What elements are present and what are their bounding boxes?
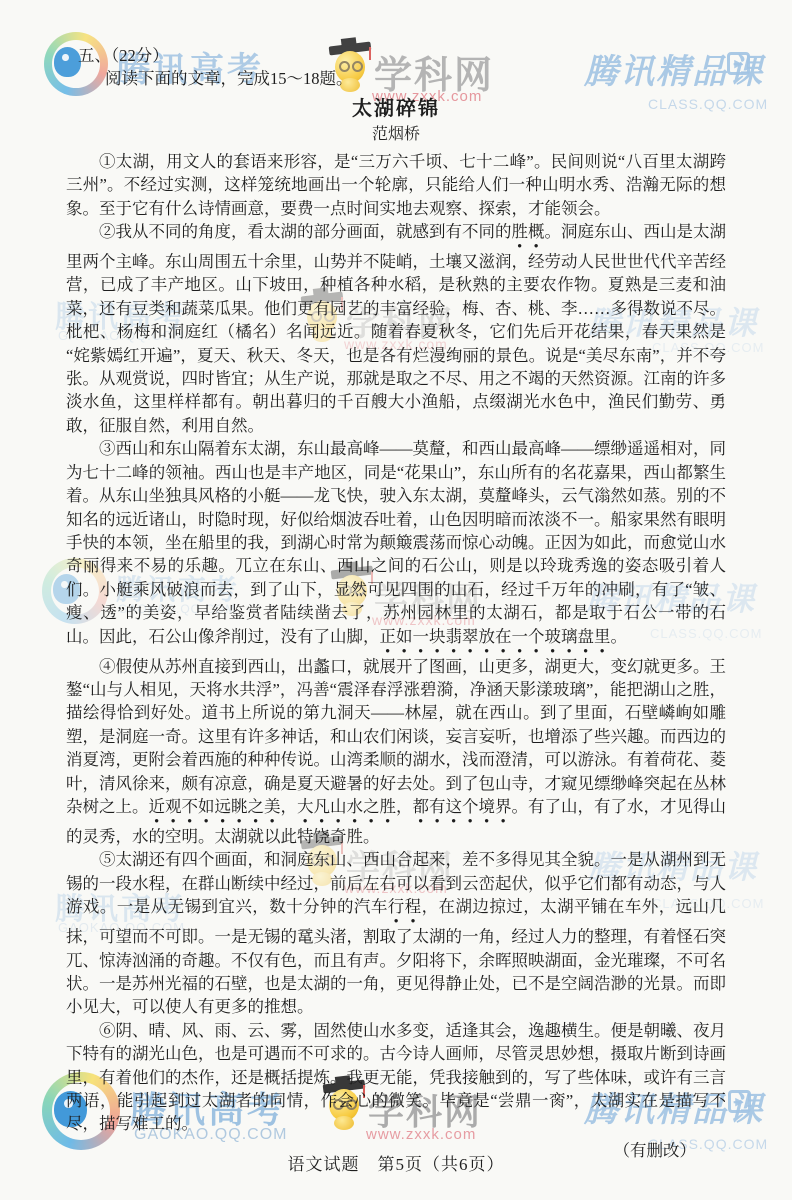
exam-page: 腾讯高考 学科网 www.zxxk.com 腾讯精品课 ▶ CLASS.QQ.C…	[0, 0, 792, 1200]
paragraph: ⑥阴、晴、风、雨、云、雾，固然使山水多变，适逢其会，逸趣横生。便是朝曦、夜月下特…	[66, 1019, 726, 1136]
emphasized-phrase: 近观不如远眺之美，大凡山水之胜，都有这个境界	[149, 797, 512, 816]
article-content: 五、（22分） 阅读下面的文章，完成15～18题。 太湖碎锦 范烟桥 ①太湖，用…	[0, 0, 792, 1164]
paragraph: ③西山和东山隔着东太湖，东山最高峰——莫釐，和西山最高峰——缥缈遥遥相对，同为七…	[66, 437, 726, 654]
section-header: 五、（22分）	[78, 44, 726, 67]
article-author: 范烟桥	[66, 123, 726, 147]
paragraph: ⑤太湖还有四个画面，和洞庭东山、西山合起来，差不多得见其全貌。一是从湖州到无锡的…	[66, 848, 726, 1018]
article-body: ①太湖，用文人的套语来形容，是“三万六千顷、七十二峰”。民间则说“八百里太湖跨三…	[66, 150, 726, 1136]
emphasized-phrase: 行程	[388, 897, 422, 916]
emphasized-phrase: 胜概	[512, 222, 545, 241]
paragraph: ②我从不同的角度，看太湖的部分画面，就感到有不同的胜概。洞庭东山、西山是太湖里两…	[66, 220, 726, 437]
emphasized-phrase: 正如一块翡翠放在一个玻璃盘里	[380, 627, 611, 646]
article-title: 太湖碎锦	[66, 96, 726, 123]
paragraph: ④假使从苏州直接到西山，出蠡口，就展开了图画，山更多，湖更大，变幻就更多。王鏊“…	[66, 655, 726, 849]
paragraph: ①太湖，用文人的套语来形容，是“三万六千顷、七十二峰”。民间则说“八百里太湖跨三…	[66, 150, 726, 220]
instruction-text: 阅读下面的文章，完成15～18题。	[105, 67, 726, 90]
page-footer: 语文试题 第5页（共6页）	[0, 1150, 792, 1175]
